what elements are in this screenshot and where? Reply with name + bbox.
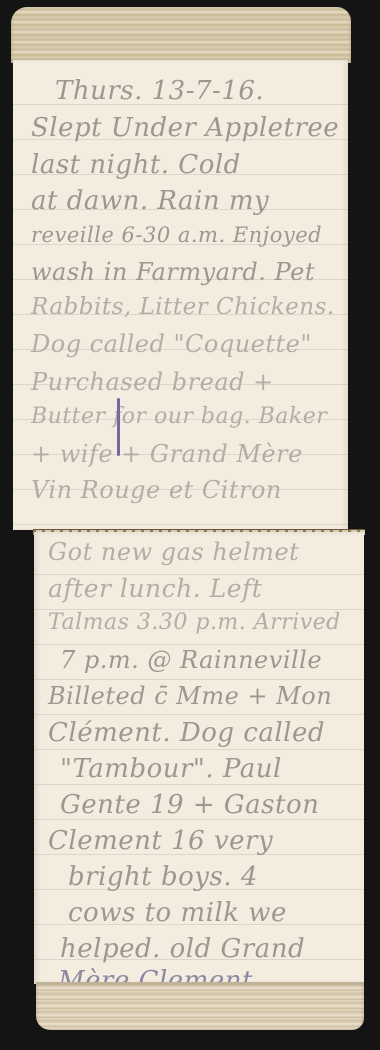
handwritten-line: Talmas 3.30 p.m. Arrived: [34, 612, 341, 634]
handwritten-line: Clement 16 very: [34, 828, 273, 854]
handwritten-line: Purchased bread +: [13, 370, 274, 394]
upper-page: Thurs. 13-7-16. Slept Under Appletree la…: [13, 60, 348, 530]
handwritten-line: reveille 6-30 a.m. Enjoyed: [13, 225, 322, 246]
handwritten-line: "Tambour". Paul: [34, 756, 282, 782]
lower-page: Got new gas helmet after lunch. Left Tal…: [34, 532, 364, 984]
cut-off-line: ...: [13, 516, 348, 530]
handwritten-line: Slept Under Appletree: [13, 115, 339, 141]
handwritten-line: bright boys. 4: [34, 864, 258, 890]
handwritten-line: Dog called "Coquette": [13, 332, 312, 356]
bottom-page-edges: [36, 982, 364, 1030]
handwritten-line: Billeted c̄ Mme + Mon: [34, 684, 332, 708]
handwritten-line: Clément. Dog called: [34, 720, 325, 746]
handwritten-line: wash in Farmyard. Pet: [13, 260, 315, 284]
notebook-photo: Thurs. 13-7-16. Slept Under Appletree la…: [0, 0, 380, 1050]
handwritten-line: at dawn. Rain my: [13, 188, 269, 214]
handwritten-line: Got new gas helmet: [34, 540, 299, 564]
handwritten-line: last night. Cold: [13, 152, 241, 178]
handwritten-line: Rabbits, Litter Chickens.: [13, 296, 335, 319]
violet-pencil-stroke: [117, 398, 120, 456]
handwritten-line: helped. old Grand: [34, 936, 305, 962]
handwritten-line: + wife + Grand Mère: [13, 442, 303, 466]
handwritten-line: Gente 19 + Gaston: [34, 792, 319, 818]
handwritten-line: 7 p.m. @ Rainneville: [34, 648, 322, 672]
handwritten-line: Butter for our bag. Baker: [13, 406, 327, 428]
handwritten-line: cows to milk we: [34, 900, 287, 926]
handwritten-line: after lunch. Left: [34, 576, 262, 601]
handwritten-line: Vin Rouge et Citron: [13, 478, 282, 502]
entry-date: Thurs. 13-7-16.: [55, 78, 264, 104]
top-page-edges: [11, 7, 351, 63]
